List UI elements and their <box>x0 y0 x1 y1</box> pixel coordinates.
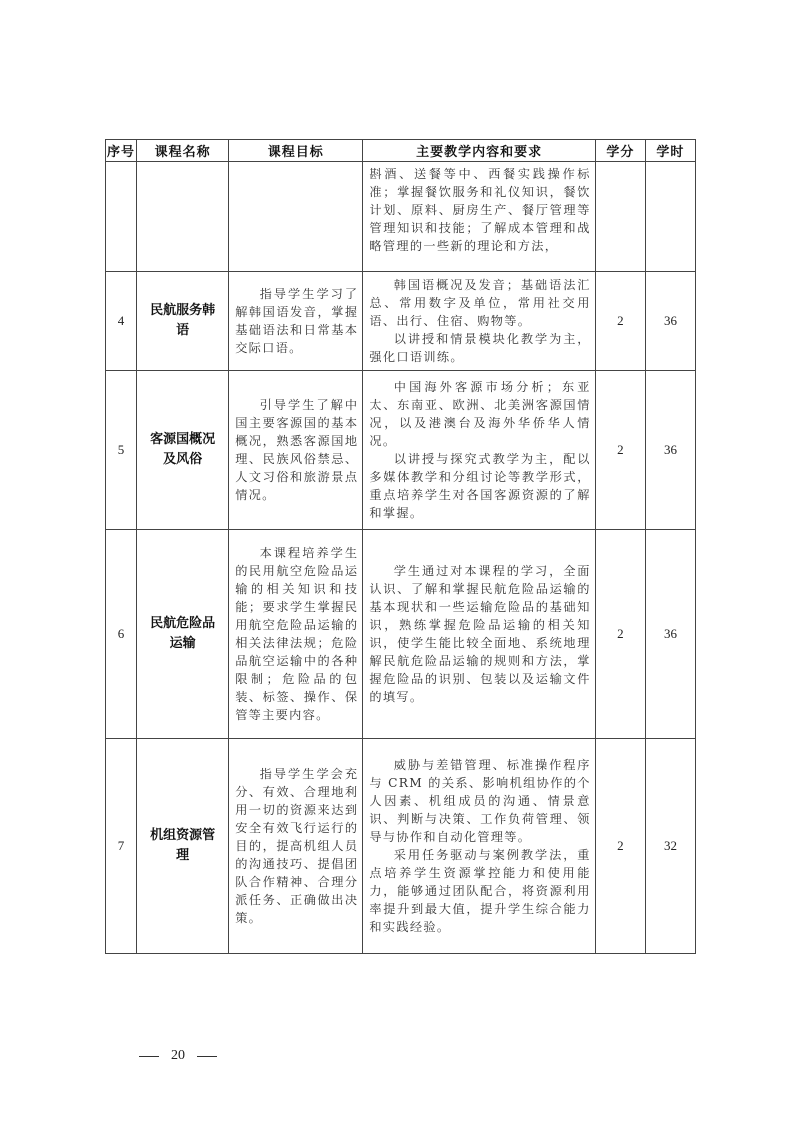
page-footer: 20 <box>127 1048 229 1064</box>
footer-dash-left <box>139 1056 159 1057</box>
cell-no: 5 <box>106 371 137 530</box>
cell-content: 学生通过对本课程的学习，全面认识、了解和掌握民航危险品运输的基本现状和一些运输危… <box>363 530 595 739</box>
cell-content: 韩国语概况及发音；基础语法汇总、常用数字及单位，常用社交用语、出行、住宿、购物等… <box>363 272 595 371</box>
cell-goal: 本课程培养学生的民用航空危险品运输的相关知识和技能；要求学生掌握民用航空危险品运… <box>229 530 363 739</box>
cell-hours: 32 <box>645 739 695 954</box>
cell-content: 斟酒、送餐等中、西餐实践操作标准；掌握餐饮服务和礼仪知识，餐饮计划、原料、厨房生… <box>363 162 595 272</box>
cell-content: 中国海外客源市场分析；东亚太、东南亚、欧洲、北美洲客源国情况，以及港澳台及海外华… <box>363 371 595 530</box>
cell-no: 6 <box>106 530 137 739</box>
cell-content: 威胁与差错管理、标准操作程序与 CRM 的关系、影响机组协作的个人因素、机组成员… <box>363 739 595 954</box>
header-course-name: 课程名称 <box>137 140 229 162</box>
cell-hours: 36 <box>645 272 695 371</box>
cell-credit: 2 <box>595 371 645 530</box>
table-row: 6 民航危险品运输 本课程培养学生的民用航空危险品运输的相关知识和技能；要求学生… <box>106 530 696 739</box>
header-no: 序号 <box>106 140 137 162</box>
table-row: 5 客源国概况及风俗 引导学生了解中国主要客源国的基本概况，熟悉客源国地理、民族… <box>106 371 696 530</box>
table-row: 4 民航服务韩语 指导学生学习了解韩国语发音，掌握基础语法和日常基本交际口语。 … <box>106 272 696 371</box>
cell-name: 机组资源管理 <box>137 739 229 954</box>
cell-credit: 2 <box>595 272 645 371</box>
cell-hours <box>645 162 695 272</box>
cell-hours: 36 <box>645 530 695 739</box>
cell-credit <box>595 162 645 272</box>
cell-name: 民航服务韩语 <box>137 272 229 371</box>
cell-goal: 引导学生了解中国主要客源国的基本概况，熟悉客源国地理、民族风俗禁忌、人文习俗和旅… <box>229 371 363 530</box>
page-number: 20 <box>171 1048 185 1064</box>
table-header-row: 序号 课程名称 课程目标 主要教学内容和要求 学分 学时 <box>106 140 696 162</box>
cell-hours: 36 <box>645 371 695 530</box>
cell-no <box>106 162 137 272</box>
cell-no: 4 <box>106 272 137 371</box>
curriculum-table: 序号 课程名称 课程目标 主要教学内容和要求 学分 学时 斟酒、送餐等中、西餐实… <box>105 139 696 954</box>
cell-name: 客源国概况及风俗 <box>137 371 229 530</box>
header-content: 主要教学内容和要求 <box>363 140 595 162</box>
cell-credit: 2 <box>595 530 645 739</box>
cell-goal: 指导学生学习了解韩国语发音，掌握基础语法和日常基本交际口语。 <box>229 272 363 371</box>
table-row-continuation: 斟酒、送餐等中、西餐实践操作标准；掌握餐饮服务和礼仪知识，餐饮计划、原料、厨房生… <box>106 162 696 272</box>
table-row: 7 机组资源管理 指导学生学会充分、有效、合理地利用一切的资源来达到安全有效飞行… <box>106 739 696 954</box>
cell-goal: 指导学生学会充分、有效、合理地利用一切的资源来达到安全有效飞行运行的目的，提高机… <box>229 739 363 954</box>
footer-dash-right <box>197 1056 217 1057</box>
cell-name: 民航危险品运输 <box>137 530 229 739</box>
header-hours: 学时 <box>645 140 695 162</box>
header-credit: 学分 <box>595 140 645 162</box>
cell-no: 7 <box>106 739 137 954</box>
header-course-goal: 课程目标 <box>229 140 363 162</box>
cell-credit: 2 <box>595 739 645 954</box>
cell-goal <box>229 162 363 272</box>
cell-name <box>137 162 229 272</box>
